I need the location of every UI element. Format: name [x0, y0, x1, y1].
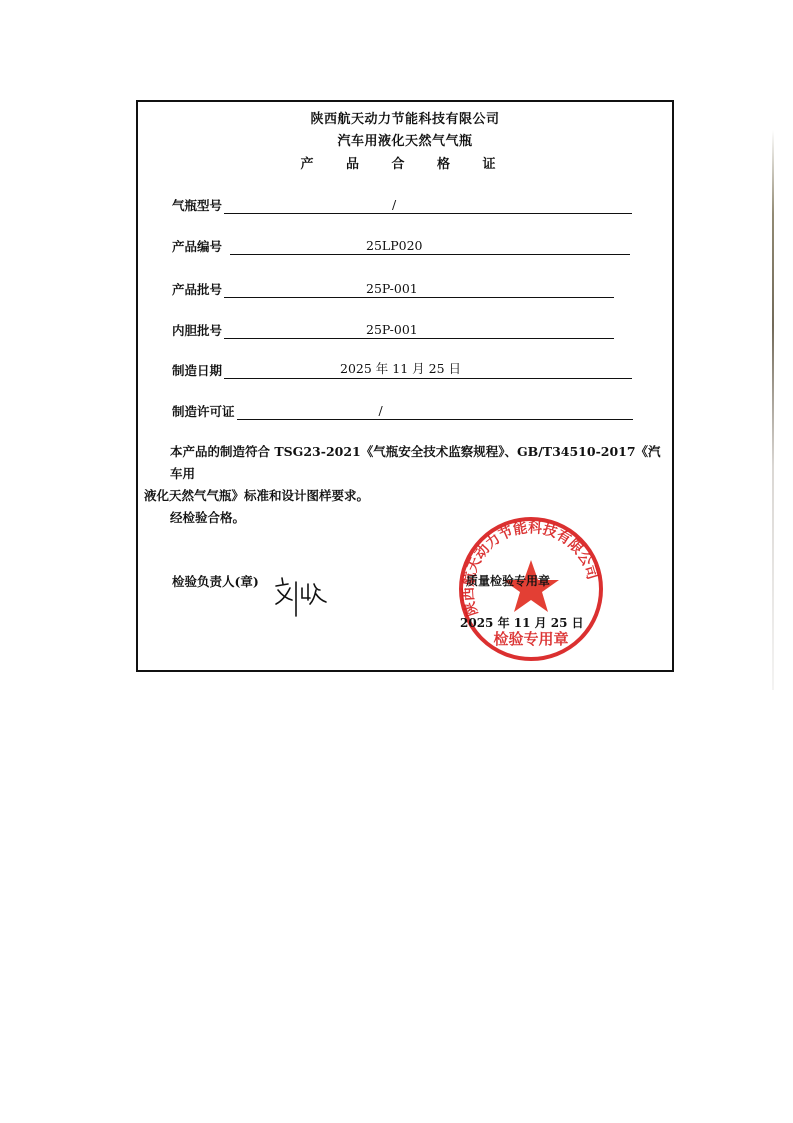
- field-manufacture-date: 制造日期 2025 年 11 月 25 日: [172, 359, 632, 379]
- field-underline: /: [224, 197, 632, 214]
- inspector-label: 检验负责人(章): [172, 572, 259, 590]
- certificate-title: 产 品 合 格 证: [138, 153, 672, 172]
- scanned-page-edge: [772, 130, 774, 690]
- seal-date: 2025 年 11 月 25 日: [460, 614, 584, 631]
- field-underline: 25LP020: [230, 238, 630, 255]
- field-value: 25P-001: [366, 281, 418, 296]
- field-label: 内胆批号: [172, 323, 222, 339]
- field-value: 25P-001: [366, 322, 418, 337]
- field-underline: 2025 年 11 月 25 日: [224, 362, 632, 379]
- field-underline: 25P-001: [224, 281, 614, 298]
- statement-line: 本产品的制造符合 TSG23-2021《气瓶安全技术监察规程》、GB/T3451…: [144, 441, 666, 485]
- field-value: 25LP020: [366, 238, 422, 253]
- field-product-number: 产品编号 25LP020: [172, 235, 630, 255]
- product-name: 汽车用液化天然气气瓶: [138, 130, 672, 149]
- field-label: 产品编号: [172, 239, 222, 255]
- field-underline: 25P-001: [224, 322, 614, 339]
- field-product-batch: 产品批号 25P-001: [172, 278, 614, 298]
- field-label: 产品批号: [172, 282, 222, 298]
- field-value: /: [379, 403, 383, 418]
- field-label: 气瓶型号: [172, 198, 222, 214]
- field-manufacture-license: 制造许可证 /: [172, 400, 633, 420]
- field-value: 2025 年 11 月 25 日: [340, 359, 461, 377]
- field-value: /: [392, 197, 396, 212]
- inspector-signature: [270, 572, 330, 632]
- company-seal-stamp: 陕西航天动力节能科技有限公司 检验专用章: [456, 514, 606, 664]
- field-cylinder-model: 气瓶型号 /: [172, 194, 632, 214]
- certificate-frame: 陕西航天动力节能科技有限公司 汽车用液化天然气气瓶 产 品 合 格 证 气瓶型号…: [136, 100, 674, 672]
- field-label: 制造许可证: [172, 404, 235, 420]
- field-underline: /: [237, 403, 633, 420]
- company-name: 陕西航天动力节能科技有限公司: [138, 108, 672, 127]
- statement-line: 液化天然气气瓶》标准和设计图样要求。: [144, 485, 666, 507]
- quality-inspection-seal-label: 质量检验专用章: [466, 572, 550, 589]
- field-liner-batch: 内胆批号 25P-001: [172, 319, 614, 339]
- field-label: 制造日期: [172, 363, 222, 379]
- seal-center-text: 检验专用章: [493, 630, 568, 648]
